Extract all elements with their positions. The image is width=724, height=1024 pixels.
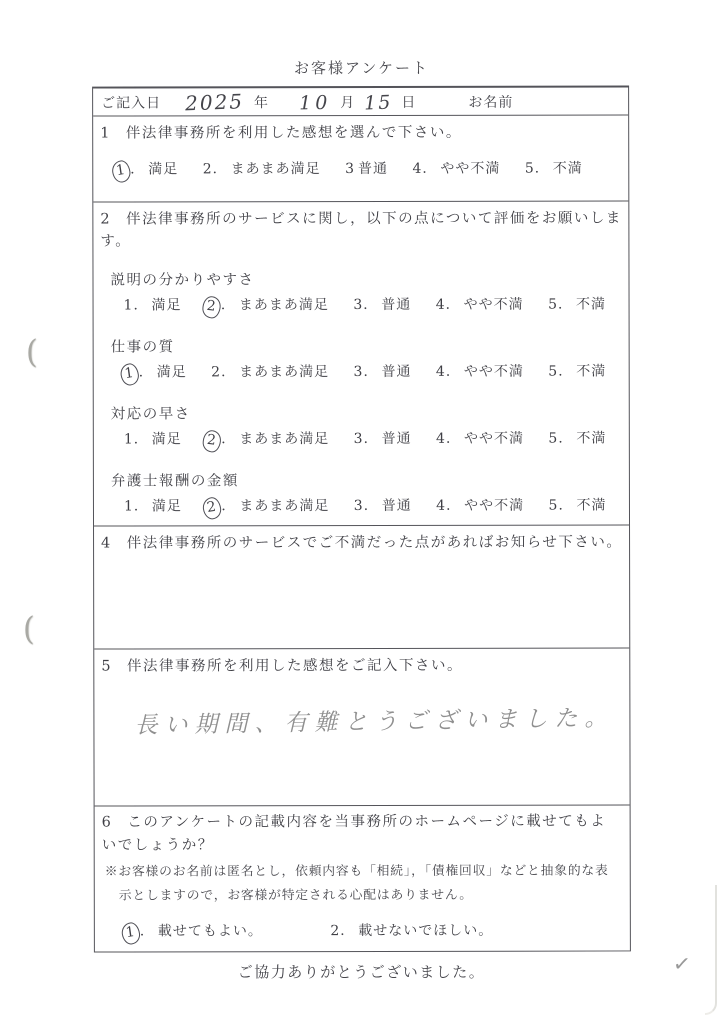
option-number: 4 bbox=[436, 362, 446, 383]
option-separator: ． bbox=[130, 161, 145, 177]
option-label: 載せてもよい。 bbox=[158, 923, 263, 939]
option-label: 満足 bbox=[157, 364, 187, 380]
option-number: 4 bbox=[436, 496, 446, 517]
option-number: 3 bbox=[354, 429, 364, 450]
option-number: 1 bbox=[124, 429, 134, 450]
question-number: 2 bbox=[100, 212, 111, 228]
option: 5．不満 bbox=[549, 495, 607, 516]
option: 1．満足 bbox=[124, 429, 182, 450]
option: 4．やや不満 bbox=[436, 496, 524, 517]
option: 3．普通 bbox=[353, 295, 411, 316]
option-number-circled: 1 bbox=[111, 159, 132, 183]
option-number: 2 bbox=[203, 159, 213, 180]
option: 1．満足 bbox=[124, 295, 182, 316]
option: 5．不満 bbox=[548, 428, 606, 449]
scanned-survey-page: お客様アンケート ご記入日 2025 年 10 月 15 日 お名前 1伴法律事… bbox=[0, 0, 724, 1024]
day-suffix-label: 日 bbox=[401, 92, 416, 112]
option-label: 不満 bbox=[576, 430, 606, 446]
question-number: 5 bbox=[101, 659, 112, 675]
option-label: 普通 bbox=[381, 364, 411, 380]
option: 3．普通 bbox=[353, 362, 411, 383]
question-2-line: 2伴法律事務所のサービスに関し，以下の点について評価をお願いします。 bbox=[93, 207, 628, 252]
handwritten-month-value: 10 bbox=[299, 92, 332, 115]
option-label: 満足 bbox=[151, 297, 181, 313]
option: 4．やや不満 bbox=[436, 295, 524, 316]
page-title: お客様アンケート bbox=[93, 57, 630, 78]
option-number: 5 bbox=[548, 362, 558, 383]
option-number: 1 bbox=[124, 496, 134, 517]
option: 1．満足 bbox=[124, 496, 182, 517]
question-text: 伴法律事務所を利用した感想をご記入下さい。 bbox=[127, 658, 463, 675]
question-number: 1 bbox=[100, 126, 111, 142]
question-1-section: 1伴法律事務所を利用した感想を選んで下さい。 1．満足 2．まあまあ満足 3普通… bbox=[93, 115, 628, 202]
question-number: 6 bbox=[102, 815, 113, 831]
option-label: 不満 bbox=[576, 363, 606, 379]
option-label: まあまあ満足 bbox=[239, 364, 329, 380]
option: 2．まあまあ満足 bbox=[211, 362, 329, 383]
option: 4．やや不満 bbox=[436, 429, 524, 450]
option-label: 不満 bbox=[553, 161, 583, 177]
question-text: 伴法律事務所のサービスでご不満だった点があればお知らせ下さい。 bbox=[127, 534, 623, 551]
rating-category-label: 弁護士報酬の金額 bbox=[94, 470, 629, 492]
option-label: 載せないでほしい。 bbox=[358, 923, 493, 939]
option-label: やや不満 bbox=[464, 297, 524, 313]
question-5-section: 5伴法律事務所を利用した感想をご記入下さい。 長い期間、有難とうございました。 bbox=[94, 648, 629, 806]
rating-options-row: 1．満足 2．まあまあ満足 3．普通 4．やや不満 5．不満 bbox=[94, 428, 629, 451]
question-5-line: 5伴法律事務所を利用した感想をご記入下さい。 bbox=[94, 654, 629, 677]
month-suffix-label: 月 bbox=[340, 92, 355, 112]
option-label: 満足 bbox=[152, 498, 182, 514]
survey-form-frame: ご記入日 2025 年 10 月 15 日 お名前 1伴法律事務所を利用した感想… bbox=[92, 85, 631, 952]
option-number: 3 bbox=[345, 159, 355, 180]
option-number: 4 bbox=[412, 159, 422, 180]
punch-hole-shadow: ( bbox=[26, 334, 38, 371]
option-label: まあまあ満足 bbox=[231, 161, 321, 177]
option-number: 5 bbox=[548, 295, 558, 316]
option-number: 5 bbox=[525, 159, 535, 180]
option: 4．やや不満 bbox=[412, 159, 500, 180]
year-suffix-label: 年 bbox=[254, 92, 269, 112]
option-label: 普通 bbox=[358, 161, 388, 177]
option-separator: ． bbox=[213, 161, 228, 177]
option-number: 4 bbox=[436, 429, 446, 450]
option-number-circled: 2 bbox=[202, 295, 223, 319]
option-number: 2 bbox=[330, 921, 340, 942]
rating-options-row: 1．満足 2．まあまあ満足 3．普通 4．やや不満 5．不満 bbox=[94, 294, 629, 317]
option-separator: ． bbox=[340, 923, 355, 939]
option: 1．満足 bbox=[115, 159, 178, 181]
option-number-circled: 1 bbox=[119, 362, 140, 386]
checkmark-icon: ✓ bbox=[672, 951, 692, 977]
option-label: まあまあ満足 bbox=[239, 297, 329, 313]
option: 2．まあまあ満足 bbox=[206, 295, 329, 317]
option-separator: ． bbox=[535, 161, 550, 177]
option: 1．載せてもよい。 bbox=[125, 921, 263, 943]
option-label: やや不満 bbox=[464, 498, 524, 514]
handwritten-day-value: 15 bbox=[364, 91, 393, 114]
option-number: 4 bbox=[436, 295, 446, 316]
handwritten-year-value: 2025 bbox=[185, 89, 245, 115]
option-number-circled: 2 bbox=[202, 429, 223, 453]
question-2-section: 2伴法律事務所のサービスに関し，以下の点について評価をお願いします。 説明の分か… bbox=[93, 201, 629, 526]
option-number: 2 bbox=[211, 362, 221, 383]
question-6-section: 6このアンケートの記載内容を当事務所のホームページに載せてもよいでしょうか？ ※… bbox=[95, 805, 630, 943]
question-1-line: 1伴法律事務所を利用した感想を選んで下さい。 bbox=[93, 121, 628, 144]
rating-options-row: 1．満足 2．まあまあ満足 3．普通 4．やや不満 5．不満 bbox=[94, 361, 629, 384]
option-number: 5 bbox=[548, 429, 558, 450]
option-label: 普通 bbox=[381, 297, 411, 313]
option: 2．まあまあ満足 bbox=[203, 159, 321, 180]
option-separator: ． bbox=[422, 161, 437, 177]
rating-category-label: 説明の分かりやすさ bbox=[93, 269, 628, 291]
question-6-line: 6このアンケートの記載内容を当事務所のホームページに載せてもよいでしょうか？ bbox=[95, 810, 630, 857]
option-separator: ． bbox=[140, 923, 155, 939]
option-number: 1 bbox=[124, 295, 134, 316]
date-label: ご記入日 bbox=[101, 92, 161, 112]
scan-paper-edge bbox=[705, 885, 717, 1015]
option: 3．普通 bbox=[354, 429, 412, 450]
option-number: 3 bbox=[354, 496, 364, 517]
question-4-section: 4伴法律事務所のサービスでご不満だった点があればお知らせ下さい。 bbox=[94, 525, 629, 649]
option-number: 5 bbox=[549, 496, 559, 517]
option-number-circled: 1 bbox=[120, 921, 141, 945]
option-label: 普通 bbox=[382, 498, 412, 514]
option: 5．不満 bbox=[525, 159, 583, 180]
question-text: 伴法律事務所のサービスに関し，以下の点について評価をお願いします。 bbox=[100, 210, 621, 249]
name-label: お名前 bbox=[468, 92, 513, 112]
option: 1．満足 bbox=[124, 362, 187, 384]
question-text: 伴法律事務所を利用した感想を選んで下さい。 bbox=[126, 125, 462, 142]
rating-options-row: 1．満足 2．まあまあ満足 3．普通 4．やや不満 5．不満 bbox=[94, 495, 629, 518]
option-number: 3 bbox=[353, 295, 363, 316]
option: 4．やや不満 bbox=[436, 362, 524, 383]
option: 5．不満 bbox=[548, 361, 606, 382]
option-label: 不満 bbox=[576, 497, 606, 513]
question-6-options-row: 1．載せてもよい。 2．載せないでほしい。 bbox=[95, 920, 630, 943]
option: 2．まあまあ満足 bbox=[206, 496, 329, 518]
option: 2．載せないでほしい。 bbox=[330, 921, 493, 942]
option-label: 満足 bbox=[152, 431, 182, 447]
option-label: まあまあ満足 bbox=[239, 431, 329, 447]
option: 2．まあまあ満足 bbox=[206, 429, 329, 451]
question-1-options-row: 1．満足 2．まあまあ満足 3普通 4．やや不満 5．不満 bbox=[93, 158, 628, 181]
rating-category-label: 対応の早さ bbox=[94, 403, 629, 425]
option-number: 3 bbox=[353, 362, 363, 383]
option-label: 普通 bbox=[382, 431, 412, 447]
question-text: このアンケートの記載内容を当事務所のホームページに載せてもよいでしょうか？ bbox=[102, 813, 607, 853]
option-label: まあまあ満足 bbox=[239, 498, 329, 514]
option-label: やや不満 bbox=[440, 161, 500, 177]
option-label: 不満 bbox=[576, 296, 606, 312]
question-number: 4 bbox=[101, 536, 112, 552]
option-label: 満足 bbox=[148, 161, 178, 177]
option: 3．普通 bbox=[354, 496, 412, 517]
punch-hole-shadow: ( bbox=[23, 611, 35, 648]
option: 5．不満 bbox=[548, 294, 606, 315]
option-label: やや不満 bbox=[464, 431, 524, 447]
anonymity-note: ※お客様のお名前は匿名とし，依頼内容も「相続」，「債権回収」などと抽象的な表示と… bbox=[95, 859, 630, 908]
option-label: やや不満 bbox=[464, 364, 524, 380]
option: 3普通 bbox=[345, 159, 388, 180]
option-number-circled: 2 bbox=[202, 496, 223, 520]
date-name-header-row: ご記入日 2025 年 10 月 15 日 お名前 bbox=[93, 87, 628, 116]
rating-category-label: 仕事の質 bbox=[94, 336, 629, 358]
thank-you-text: ご協力ありがとうございました。 bbox=[93, 961, 630, 982]
handwritten-comment: 長い期間、有難とうございました。 bbox=[134, 699, 629, 740]
question-4-line: 4伴法律事務所のサービスでご不満だった点があればお知らせ下さい。 bbox=[94, 531, 629, 554]
